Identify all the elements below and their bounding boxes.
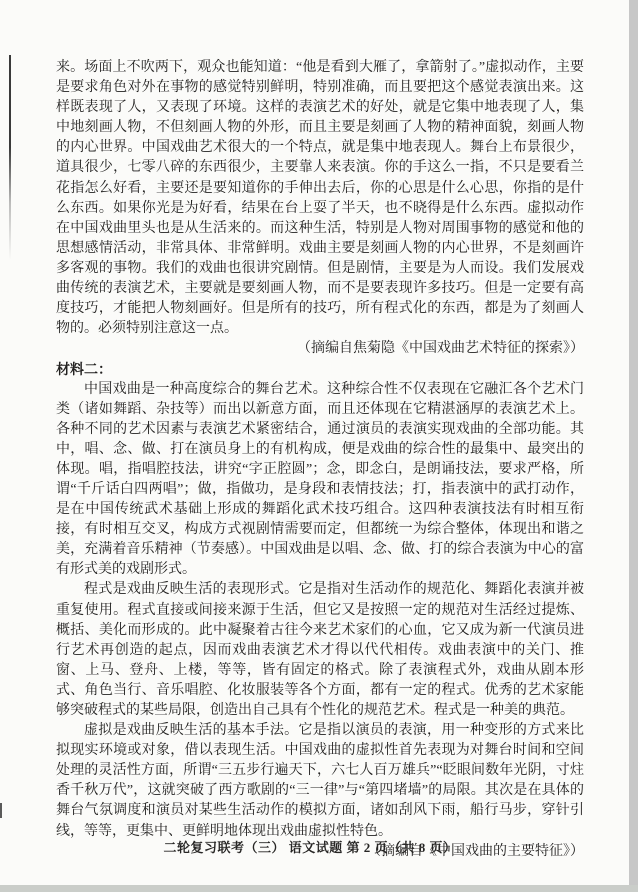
scan-artifact-right-edge [629,0,638,892]
scanned-exam-page: 来。场面上不吹两下，观众也能知道：“他是看到大雁了，拿箭射了。”虚拟动作，主要是… [0,0,638,892]
citation-material-one: （摘编自焦菊隐《中国戏曲艺术特征的探索》） [56,339,584,359]
document-body: 来。场面上不吹两下，观众也能知道：“他是看到大雁了，拿箭射了。”虚拟动作，主要是… [56,58,584,862]
paragraph-continuation: 来。场面上不吹两下，观众也能知道：“他是看到大雁了，拿箭射了。”虚拟动作，主要是… [56,58,584,339]
paragraph-synthesis: 中国戏曲是一种高度综合的舞台艺术。这种综合性不仅表现在它融汇各个艺术门类（诸如舞… [56,380,584,581]
scan-artifact-bottom-edge [0,885,638,892]
section-heading-material-two: 材料二： [56,359,584,379]
paragraph-virtuality: 虚拟是戏曲反映生活的基本手法。它是指以演员的表演，用一种变形的方式来比拟现实环境… [56,721,584,842]
page-footer: 二轮复习联考（三） 语文试题 第 2 页（共 8 页） [0,837,620,856]
paragraph-stylization: 程式是戏曲反映生活的表现形式。它是指对生活动作的规范化、舞蹈化表演并被重复使用。… [56,580,584,721]
scan-artifact-left-line [9,55,11,260]
scan-artifact-left-tick [0,803,2,818]
